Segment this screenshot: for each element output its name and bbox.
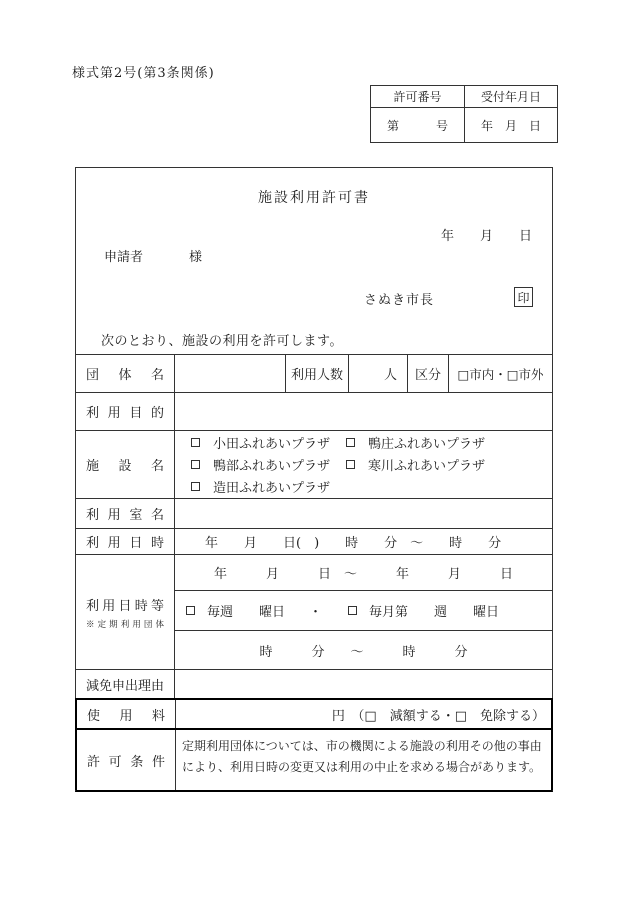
exemption-value-cell <box>175 670 552 698</box>
regular-time-line: 時 分 ～ 時 分 <box>175 630 552 669</box>
category-options: □市内・□市外 <box>449 355 552 392</box>
facility-label: 施設名 <box>86 455 164 474</box>
permit-table-header-row: 許可番号 受付年月日 <box>371 86 557 108</box>
seal-box: 印 <box>514 287 533 307</box>
document-page: 様式第2号(第3条関係) 許可番号 受付年月日 第 号 年 月 日 施設利用許可… <box>0 0 630 903</box>
use-datetime-label-cell: 利用日時 <box>76 529 175 554</box>
checkbox-icon <box>191 438 200 447</box>
use-datetime-label: 利用日時 <box>86 532 164 551</box>
facility-checkbox-grid: 小田ふれあいプラザ 鴨庄ふれあいプラザ 鴨部ふれあいプラザ 寒川ふれあいプラザ <box>175 432 552 498</box>
facility-option: 鴨部ふれあいプラザ <box>191 454 346 476</box>
mayor-line: さぬき市長 印 <box>76 287 552 309</box>
row-facility: 施設名 小田ふれあいプラザ 鴨庄ふれあいプラザ 鴨部ふれあいプラザ <box>76 430 552 498</box>
conditions-label-cell: 許可条件 <box>77 730 176 790</box>
fee-label: 使用料 <box>87 705 165 724</box>
organization-value-cell <box>175 355 286 392</box>
fee-label-cell: 使用料 <box>77 700 176 728</box>
checkbox-icon <box>191 460 200 469</box>
facility-options-cell: 小田ふれあいプラザ 鴨庄ふれあいプラザ 鴨部ふれあいプラザ 寒川ふれあいプラザ <box>175 431 552 498</box>
weekly-separator: ・ <box>309 601 322 620</box>
row-exemption-reason: 減免申出理由 <box>76 669 552 698</box>
permit-no-prefix: 第 <box>387 117 399 134</box>
row-permit-conditions: 許可条件 定期利用団体については、市の機関による施設の利用その他の事由により、利… <box>77 728 551 790</box>
permit-document-box: 施設利用許可書 年 月 日 申請者 様 さぬき市長 印 次のとおり、施設の利用を… <box>75 167 553 792</box>
permit-no-suffix: 号 <box>436 117 448 134</box>
regular-use-label: 利用日時等 <box>86 595 164 614</box>
checkbox-icon <box>191 482 200 491</box>
room-name-label-cell: 利用室名 <box>76 499 175 528</box>
checkbox-icon <box>186 606 195 615</box>
people-count-header: 利用人数 <box>286 355 349 392</box>
room-name-value-cell <box>175 499 552 528</box>
applicant-honorific: 様 <box>189 246 202 265</box>
exemption-label: 減免申出理由 <box>86 675 164 694</box>
receipt-date-value: 年 月 日 <box>465 108 557 142</box>
conditions-label: 許可条件 <box>87 751 165 770</box>
facility-option: 寒川ふれあいプラザ <box>346 454 552 476</box>
permit-table-value-row: 第 号 年 月 日 <box>371 108 557 142</box>
document-title: 施設利用許可書 <box>76 187 552 207</box>
fee-value: 円 （□ 減額する・□ 免除する） <box>176 700 551 728</box>
regular-weekly-line: 毎週 曜日 ・ 毎月第 週 曜日 <box>175 590 552 630</box>
facility-option-label: 小田ふれあいプラザ <box>213 433 330 452</box>
row-use-datetime: 利用日時 年 月 日( ) 時 分 ～ 時 分 <box>76 528 552 554</box>
regular-period-line: 年 月 日 ～ 年 月 日 <box>175 555 552 590</box>
regular-use-label-cell: 利用日時等 ※定期利用団体 <box>76 555 175 669</box>
room-name-label: 利用室名 <box>86 504 164 523</box>
row-regular-use-datetime: 利用日時等 ※定期利用団体 年 月 日 ～ 年 月 日 毎週 曜日 ・ 毎月第 … <box>76 554 552 669</box>
facility-option: 造田ふれあいプラザ <box>191 476 346 498</box>
checkbox-icon <box>348 606 357 615</box>
regular-use-note: ※定期利用団体 <box>86 618 164 630</box>
mayor-title: さぬき市長 <box>364 289 434 308</box>
organization-label-cell: 団体名 <box>76 355 175 392</box>
organization-label: 団体名 <box>86 364 164 383</box>
use-datetime-value: 年 月 日( ) 時 分 ～ 時 分 <box>175 529 552 554</box>
checkbox-icon <box>346 460 355 469</box>
permit-number-table: 許可番号 受付年月日 第 号 年 月 日 <box>370 85 558 143</box>
row-room-name: 利用室名 <box>76 498 552 528</box>
row-purpose: 利用目的 <box>76 392 552 430</box>
intro-sentence: 次のとおり、施設の利用を許可します。 <box>101 330 343 349</box>
row-organization: 団体名 利用人数 人 区分 □市内・□市外 <box>76 354 552 392</box>
conditions-text: 定期利用団体については、市の機関による施設の利用その他の事由により、利用日時の変… <box>176 730 551 790</box>
form-number: 様式第2号(第3条関係) <box>72 62 215 81</box>
regular-use-subrows: 年 月 日 ～ 年 月 日 毎週 曜日 ・ 毎月第 週 曜日 時 分 ～ 時 分 <box>175 555 552 669</box>
facility-option-label: 寒川ふれあいプラザ <box>368 455 485 474</box>
fee-conditions-section: 使用料 円 （□ 減額する・□ 免除する） 許可条件 定期利用団体については、市… <box>75 698 553 790</box>
row-fee: 使用料 円 （□ 減額する・□ 免除する） <box>77 700 551 728</box>
permit-number-value: 第 号 <box>371 108 465 142</box>
facility-option: 鴨庄ふれあいプラザ <box>346 432 552 454</box>
issue-date-line: 年 月 日 <box>441 225 532 244</box>
facility-option: 小田ふれあいプラザ <box>191 432 346 454</box>
facility-label-cell: 施設名 <box>76 431 175 498</box>
category-header: 区分 <box>408 355 449 392</box>
weekly-option-text: 毎週 曜日 <box>207 601 285 620</box>
monthly-option-text: 毎月第 週 曜日 <box>369 601 499 620</box>
applicant-label: 申請者 <box>104 246 143 265</box>
facility-option-label: 鴨庄ふれあいプラザ <box>368 433 485 452</box>
facility-option-label: 造田ふれあいプラザ <box>213 477 330 496</box>
people-count-unit: 人 <box>349 355 408 392</box>
exemption-label-cell: 減免申出理由 <box>76 670 175 698</box>
purpose-label: 利用目的 <box>86 402 164 421</box>
purpose-value-cell <box>175 393 552 430</box>
document-header: 施設利用許可書 年 月 日 申請者 様 さぬき市長 印 次のとおり、施設の利用を… <box>76 168 552 354</box>
applicant-line: 申請者 様 <box>104 246 202 265</box>
facility-option-label: 鴨部ふれあいプラザ <box>213 455 330 474</box>
checkbox-icon <box>346 438 355 447</box>
receipt-date-header: 受付年月日 <box>465 86 557 108</box>
permit-number-header: 許可番号 <box>371 86 465 108</box>
purpose-label-cell: 利用目的 <box>76 393 175 430</box>
